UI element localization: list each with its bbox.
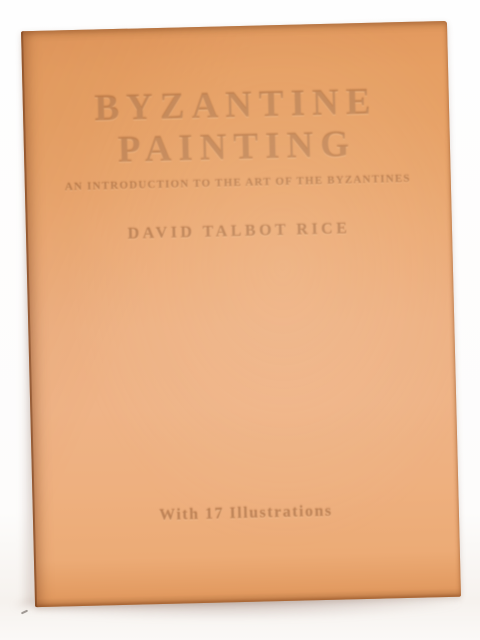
book-author: DAVID TALBOT RICE (26, 218, 452, 246)
book-title-line2: PAINTING (23, 121, 450, 174)
book-subtitle: AN INTRODUCTION TO THE ART OF THE BYZANT… (25, 172, 451, 194)
dust-speck (21, 610, 28, 615)
book-illustrations-note: With 17 Illustrations (33, 500, 459, 528)
photo-background: BYZANTINE PAINTING AN INTRODUCTION TO TH… (0, 0, 480, 640)
book-cover: BYZANTINE PAINTING AN INTRODUCTION TO TH… (21, 21, 461, 607)
